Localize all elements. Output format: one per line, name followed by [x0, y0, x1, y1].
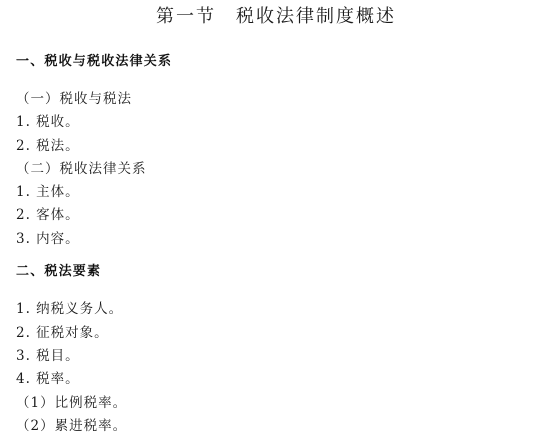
list-item: 3. 内容。	[16, 229, 80, 249]
page-title: 第一节 税收法律制度概述	[0, 4, 552, 30]
list-item: （1）比例税率。	[16, 393, 127, 413]
list-item: 2. 客体。	[16, 205, 80, 225]
list-item: 4. 税率。	[16, 369, 80, 389]
subsection-heading-tax-legal-relations: （二）税收法律关系	[16, 159, 147, 179]
list-item: 1. 主体。	[16, 182, 80, 202]
list-item: 2. 税法。	[16, 136, 80, 156]
section-heading-tax-law-elements: 二、税法要素	[16, 262, 101, 282]
list-item: （2）累进税率。	[16, 416, 127, 435]
subsection-heading-tax-and-tax-law: （一）税收与税法	[16, 89, 132, 109]
list-item: 2. 征税对象。	[16, 323, 109, 343]
list-item: 1. 税收。	[16, 112, 80, 132]
list-item: 1. 纳税义务人。	[16, 299, 123, 319]
section-heading-tax-and-legal-relations: 一、税收与税收法律关系	[16, 52, 172, 72]
list-item: 3. 税目。	[16, 346, 80, 366]
